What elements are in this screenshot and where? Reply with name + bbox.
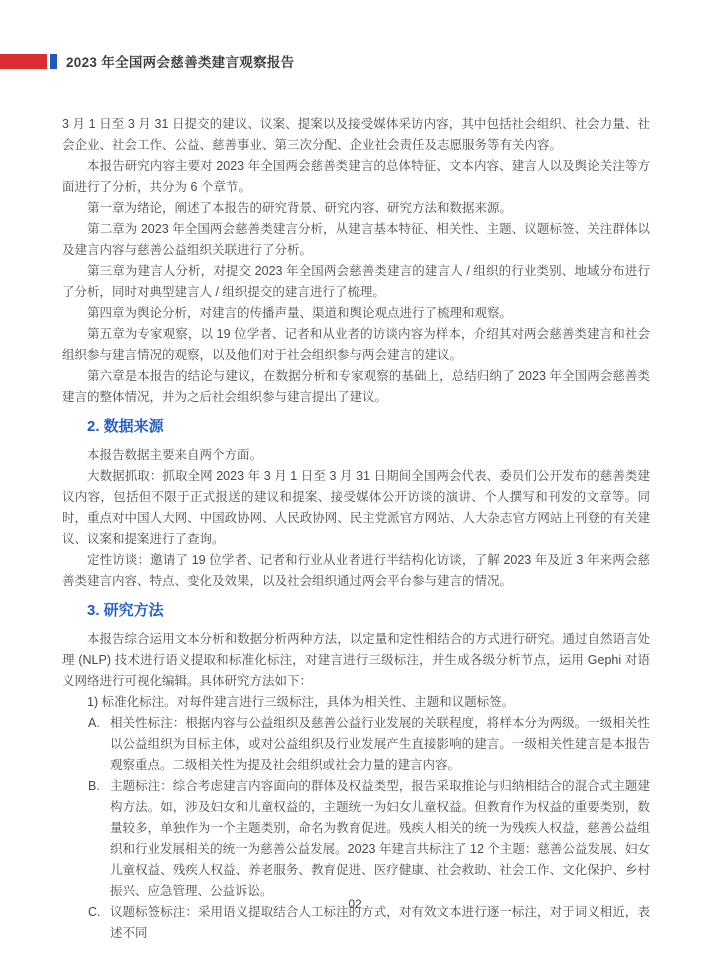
page-number: 02 (0, 897, 710, 911)
intro-paragraph: 3 月 1 日至 3 月 31 日提交的建议、议案、提案以及接受媒体采访内容，其… (62, 114, 650, 156)
section-heading-methodology: 3. 研究方法 (87, 600, 650, 621)
list-marker: B. (88, 776, 110, 902)
list-marker: A. (88, 713, 110, 776)
methodology-paragraph: 1) 标准化标注。对每件建言进行三级标注，具体为相关性、主题和议题标签。 (62, 692, 650, 713)
accent-bar-red (0, 54, 47, 69)
data-source-paragraph: 定性访谈：邀请了 19 位学者、记者和行业从业者进行半结构化访谈，了解 2023… (62, 550, 650, 592)
intro-paragraph: 第一章为绪论，阐述了本报告的研究背景、研究内容、研究方法和数据来源。 (62, 198, 650, 219)
intro-paragraph: 本报告研究内容主要对 2023 年全国两会慈善类建言的总体特征、文本内容、建言人… (62, 156, 650, 198)
intro-paragraph: 第五章为专家观察，以 19 位学者、记者和从业者的访谈内容为样本，介绍其对两会慈… (62, 324, 650, 366)
page-header: 2023 年全国两会慈善类建言观察报告 (0, 53, 294, 69)
document-body: 3 月 1 日至 3 月 31 日提交的建议、议案、提案以及接受媒体采访内容，其… (62, 114, 650, 944)
list-item-text: 相关性标注：根据内容与公益组织及慈善公益行业发展的关联程度，将样本分为两级。一级… (110, 713, 650, 776)
data-source-paragraph: 本报告数据主要来自两个方面。 (62, 445, 650, 466)
section-heading-data-source: 2. 数据来源 (87, 416, 650, 437)
intro-paragraph: 第三章为建言人分析，对提交 2023 年全国两会慈善类建言的建言人 / 组织的行… (62, 261, 650, 303)
accent-bar-blue (50, 54, 57, 69)
intro-paragraph: 第四章为舆论分析，对建言的传播声量、渠道和舆论观点进行了梳理和观察。 (62, 303, 650, 324)
list-item: B. 主题标注：综合考虑建言内容面向的群体及权益类型，报告采取推论与归纳相结合的… (88, 776, 650, 902)
methodology-paragraph: 本报告综合运用文本分析和数据分析两种方法，以定量和定性相结合的方式进行研究。通过… (62, 629, 650, 692)
list-item-text: 主题标注：综合考虑建言内容面向的群体及权益类型，报告采取推论与归纳相结合的混合式… (110, 776, 650, 902)
list-item: A. 相关性标注：根据内容与公益组织及慈善公益行业发展的关联程度，将样本分为两级… (88, 713, 650, 776)
intro-paragraph: 第二章为 2023 年全国两会慈善类建言分析，从建言基本特征、相关性、主题、议题… (62, 219, 650, 261)
data-source-paragraph: 大数据抓取：抓取全网 2023 年 3 月 1 日至 3 月 31 日期间全国两… (62, 466, 650, 550)
intro-paragraph: 第六章是本报告的结论与建议，在数据分析和专家观察的基础上，总结归纳了 2023 … (62, 366, 650, 408)
report-title: 2023 年全国两会慈善类建言观察报告 (66, 51, 294, 71)
